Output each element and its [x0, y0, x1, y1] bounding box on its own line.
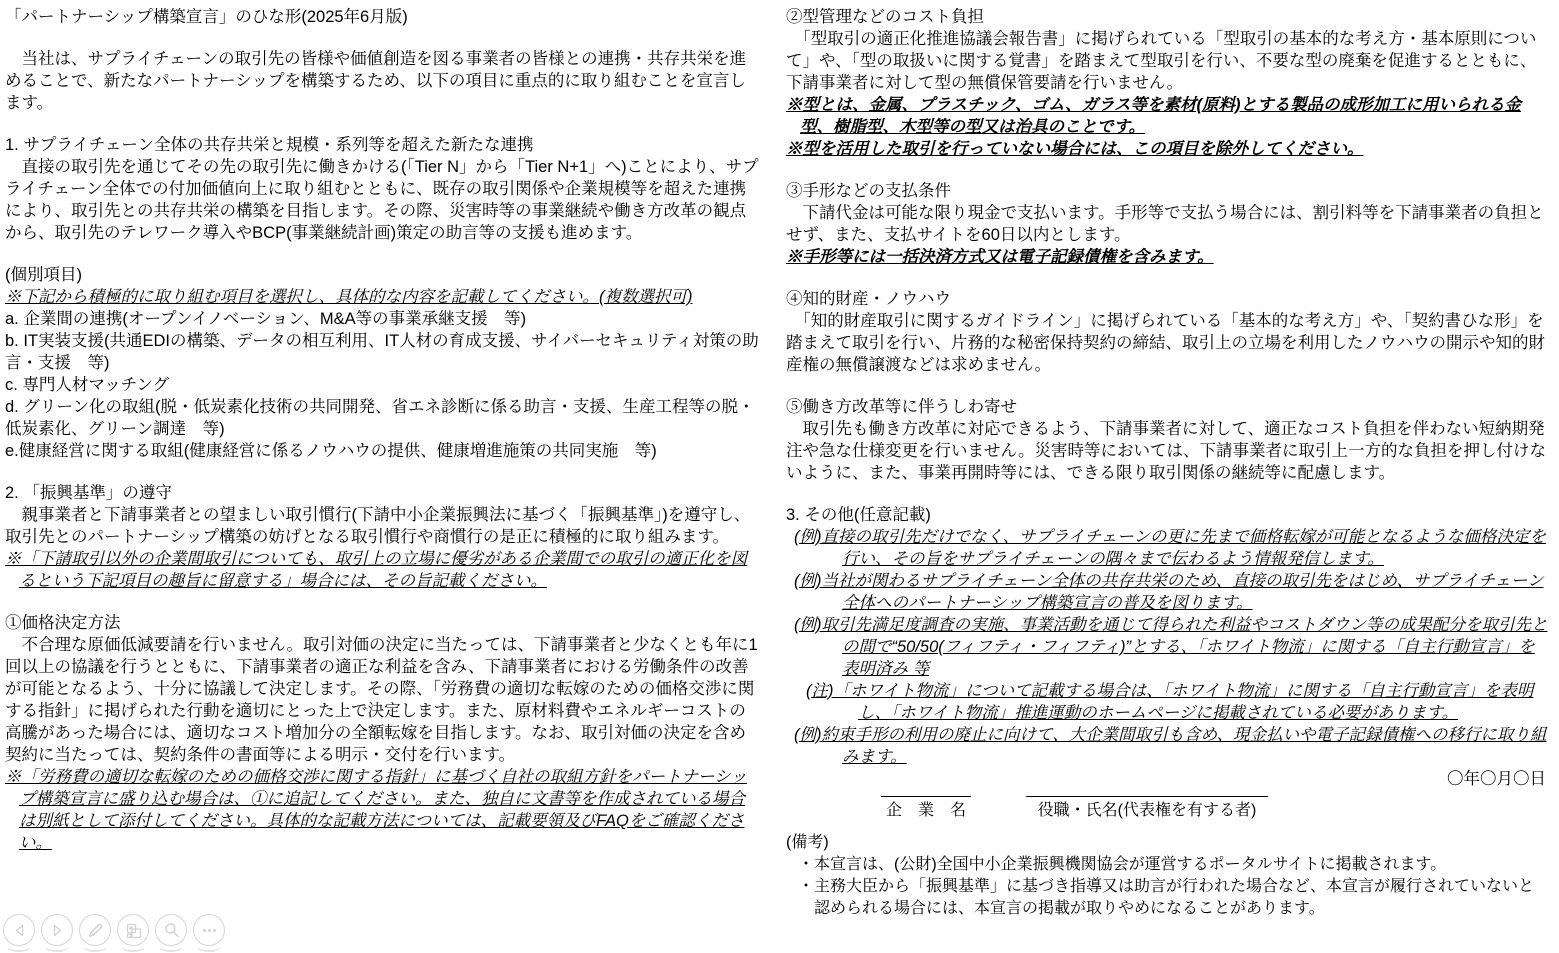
point-5-work-style: ⑤働き方改革等に伴うしわ寄せ 取引先も働き方改革に対応できるよう、下請事業者に対… [786, 396, 1548, 484]
section-2-note: ※「下請取引以外の企業間取引についても、取引上の立場に優劣がある企業間での取引の… [5, 548, 759, 592]
representative-label: 役職・氏名(代表権を有する者) [1026, 800, 1268, 822]
representative-signature-line [1026, 796, 1268, 797]
intro-paragraph: 当社は、サプライチェーンの取引先の皆様や価値創造を図る事業者の皆様との連携・共存… [5, 48, 759, 114]
point-4-body: 「知的財産取引に関するガイドライン」に掲げられている「基本的な考え方」や、「契約… [786, 310, 1548, 376]
declaration-date: 〇年〇月〇日 [786, 768, 1548, 790]
point-4-heading: ④知的財産・ノウハウ [786, 288, 1548, 310]
forward-icon [43, 916, 72, 945]
pen-icon [81, 916, 110, 945]
point-2-mold-costs: ②型管理などのコスト負担 「型取引の適正化推進協議会報告書」に掲げられている「型… [786, 6, 1548, 160]
point-2-heading: ②型管理などのコスト負担 [786, 6, 1548, 28]
point-5-heading: ⑤働き方改革等に伴うしわ寄せ [786, 396, 1548, 418]
back-button[interactable] [3, 914, 35, 946]
section-3-example-2: (例)当社が関わるサプライチェーン全体の共存共栄のため、直接の取引先をはじめ、サ… [786, 570, 1548, 614]
individual-item-e: e.健康経営に関する取組(健康経営に係るノウハウの提供、健康増進施策の共同実施 … [5, 440, 759, 462]
search-icon [157, 916, 186, 945]
individual-item-b: b. IT実装支援(共通EDIの構築、データの相互利用、IT人材の育成支援、サイ… [5, 330, 759, 374]
remarks-section: (備考) ・本宣言は、(公財)全国中小企業振興機関協会が運営するポータルサイトに… [786, 832, 1548, 920]
section-1: 1. サプライチェーン全体の共存共栄と規模・系列等を超えた新たな連携 直接の取引… [5, 134, 759, 244]
remarks-heading: (備考) [786, 832, 1548, 854]
company-name-label: 企 業 名 [881, 800, 971, 822]
more-icon [195, 916, 224, 945]
point-4-intellectual-property: ④知的財産・ノウハウ 「知的財産取引に関するガイドライン」に掲げられている「基本… [786, 288, 1548, 376]
signature-block: 企 業 名 役職・氏名(代表権を有する者) [881, 796, 1548, 822]
point-1-note: ※「労務費の適切な転嫁のための価格交渉に関する指針」に基づく自社の取組方針をパー… [5, 766, 759, 854]
annotate-button[interactable] [79, 914, 111, 946]
point-1-pricing: ①価格決定方法 不合理な原価低減要請を行いません。取引対価の決定に当たっては、下… [5, 612, 759, 854]
document-page: 「パートナーシップ構築宣言」のひな形(2025年6月版) 当社は、サプライチェー… [0, 0, 1559, 953]
pages-button[interactable] [117, 914, 149, 946]
section-1-body: 直接の取引先を通じてその先の取引先に働きかける(「Tier N」から「Tier … [5, 156, 759, 244]
point-3-payment-terms: ③手形などの支払条件 下請代金は可能な限り現金で支払います。手形等で支払う場合に… [786, 180, 1548, 268]
section-3-other: 3. その他(任意記載) (例)直接の取引先だけでなく、サプライチェーンの更に先… [786, 504, 1548, 768]
search-button[interactable] [155, 914, 187, 946]
company-signature-line [881, 796, 971, 797]
remark-item-2: ・主務大臣から「振興基準」に基づき指導又は助言が行われた場合など、本宣言が履行さ… [786, 876, 1548, 920]
viewer-toolbar [3, 914, 225, 946]
doc-title: 「パートナーシップ構築宣言」のひな形(2025年6月版) [5, 6, 759, 28]
right-column: ②型管理などのコスト負担 「型取引の適正化推進協議会報告書」に掲げられている「型… [786, 6, 1548, 920]
more-button[interactable] [193, 914, 225, 946]
point-1-body: 不合理な原価低減要請を行いません。取引対価の決定に当たっては、下請事業者と少なく… [5, 634, 759, 766]
back-icon [5, 916, 34, 945]
individual-item-d: d. グリーン化の取組(脱・低炭素化技術の共同開発、省エネ診断に係る助言・支援、… [5, 396, 759, 440]
individual-items-section: (個別項目) ※下記から積極的に取り組む項目を選択し、具体的な内容を記載してくだ… [5, 264, 759, 462]
point-2-note-2: ※型を活用した取引を行っていない場合には、この項目を除外してください。 [786, 138, 1548, 160]
point-2-note-1: ※型とは、金属、プラスチック、ゴム、ガラス等を素材(原料)とする製品の成形加工に… [786, 94, 1548, 138]
section-2-heading: 2. 「振興基準」の遵守 [5, 482, 759, 504]
point-3-heading: ③手形などの支払条件 [786, 180, 1548, 202]
section-3-example-1: (例)直接の取引先だけでなく、サプライチェーンの更に先まで価格転嫁が可能となるよ… [786, 526, 1548, 570]
individual-item-a: a. 企業間の連携(オープンイノベーション、M&A等の事業承継支援 等) [5, 308, 759, 330]
section-2-body: 親事業者と下請事業者との望ましい取引慣行(下請中小企業振興法に基づく「振興基準」… [5, 504, 759, 548]
point-2-body: 「型取引の適正化推進協議会報告書」に掲げられている「型取引の基本的な考え方・基本… [786, 28, 1548, 94]
individual-heading: (個別項目) [5, 264, 759, 286]
point-3-note: ※手形等には一括決済方式又は電子記録債権を含みます。 [786, 246, 1548, 268]
section-3-caution-note: (注)「ホワイト物流」について記載する場合は、「ホワイト物流」に関する「自主行動… [786, 680, 1548, 724]
section-2: 2. 「振興基準」の遵守 親事業者と下請事業者との望ましい取引慣行(下請中小企業… [5, 482, 759, 592]
point-3-body: 下請代金は可能な限り現金で支払います。手形等で支払う場合には、割引料等を下請事業… [786, 202, 1548, 246]
left-column: 「パートナーシップ構築宣言」のひな形(2025年6月版) 当社は、サプライチェー… [5, 6, 759, 854]
representative-signature: 役職・氏名(代表権を有する者) [1026, 796, 1268, 822]
section-3-example-3: (例)取引先満足度調査の実施、事業活動を通じて得られた利益やコストダウン等の成果… [786, 614, 1548, 680]
forward-button[interactable] [41, 914, 73, 946]
point-1-heading: ①価格決定方法 [5, 612, 759, 634]
section-3-heading: 3. その他(任意記載) [786, 504, 1548, 526]
remark-item-1: ・本宣言は、(公財)全国中小企業振興機関協会が運営するポータルサイトに掲載されま… [786, 854, 1548, 876]
individual-item-c: c. 専門人材マッチング [5, 374, 759, 396]
point-5-body: 取引先も働き方改革に対応できるよう、下請事業者に対して、適正なコスト負担を伴わな… [786, 418, 1548, 484]
pages-icon [119, 916, 148, 945]
individual-note: ※下記から積極的に取り組む項目を選択し、具体的な内容を記載してください。(複数選… [5, 286, 759, 308]
section-3-example-4: (例)約束手形の利用の廃止に向けて、大企業間取引も含め、現金払いや電子記録債権へ… [786, 724, 1548, 768]
section-1-heading: 1. サプライチェーン全体の共存共栄と規模・系列等を超えた新たな連携 [5, 134, 759, 156]
company-signature: 企 業 名 [881, 796, 971, 822]
